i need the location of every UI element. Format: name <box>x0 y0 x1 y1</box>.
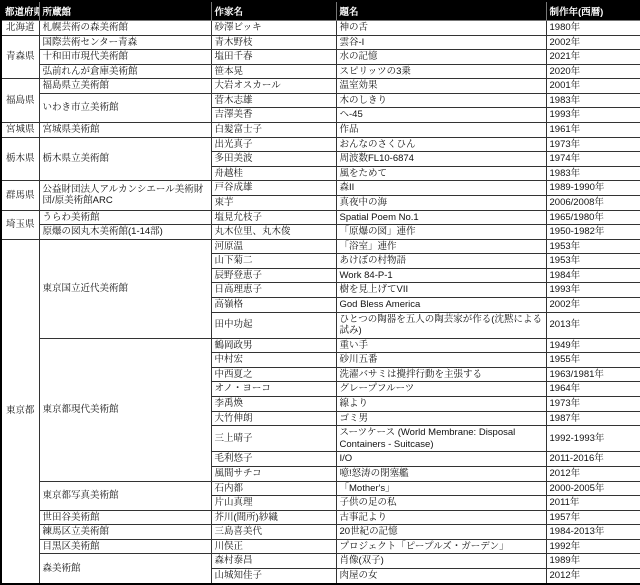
artist-cell: 中西夏之 <box>211 367 336 382</box>
museum-cell: 国際芸術センター青森 <box>39 35 211 50</box>
artist-cell: 鶴岡政男 <box>211 338 336 353</box>
artist-cell: 風間サチコ <box>211 466 336 481</box>
title-cell: 「原爆の図」連作 <box>336 225 546 240</box>
year-cell: 1984年 <box>546 268 640 283</box>
table-row: いわき市立美術館菅木志雄木のしきり1983年 <box>1 93 640 108</box>
prefecture-cell: 埼玉県 <box>1 210 39 239</box>
table-row: 栃木県栃木県立美術館出光真子おんなのさくひん1973年 <box>1 137 640 152</box>
table-body: 北海道札幌芸術の森美術館砂澤ビッキ神の舌1980年青森県国際芸術センター青森青木… <box>1 21 640 584</box>
artist-cell: 芥川(間所)紗織 <box>211 510 336 525</box>
year-cell: 1980年 <box>546 21 640 36</box>
table-row: 目黒区美術館川俣正プロジェクト「ピープルズ・ガーデン」1992年 <box>1 539 640 554</box>
museum-cell: 世田谷美術館 <box>39 510 211 525</box>
year-cell: 1989-1990年 <box>546 181 640 196</box>
title-cell: Work 84-P-1 <box>336 268 546 283</box>
artist-cell: 三上晴子 <box>211 426 336 452</box>
year-cell: 1974年 <box>546 152 640 167</box>
artist-cell: 李禹煥 <box>211 397 336 412</box>
year-cell: 2000-2005年 <box>546 481 640 496</box>
header-row: 都道府県 所蔵館 作家名 題名 制作年(西暦) <box>1 1 640 21</box>
table-row: 東京都現代美術館鶴岡政男重い手1949年 <box>1 338 640 353</box>
title-cell: 古事記より <box>336 510 546 525</box>
artist-cell: 笹本晃 <box>211 64 336 79</box>
header-prefecture: 都道府県 <box>1 1 39 21</box>
title-cell: 周波数FL10-6874 <box>336 152 546 167</box>
title-cell: スピリッツの3乗 <box>336 64 546 79</box>
artist-cell: 砂澤ビッキ <box>211 21 336 36</box>
year-cell: 1989年 <box>546 554 640 569</box>
prefecture-cell: 東京都 <box>1 239 39 583</box>
artist-cell: 丸木位里、丸木俊 <box>211 225 336 240</box>
prefecture-cell: 栃木県 <box>1 137 39 181</box>
title-cell: 肉屋の女 <box>336 568 546 583</box>
museum-cell: 弘前れんが倉庫美術館 <box>39 64 211 79</box>
year-cell: 2002年 <box>546 35 640 50</box>
year-cell: 1973年 <box>546 397 640 412</box>
title-cell: おんなのさくひん <box>336 137 546 152</box>
artist-cell: 三島喜美代 <box>211 525 336 540</box>
title-cell: ひとつの陶器を五人の陶芸家が作る(沈黙による試み) <box>336 312 546 338</box>
year-cell: 1950-1982年 <box>546 225 640 240</box>
title-cell: 重い手 <box>336 338 546 353</box>
year-cell: 1992年 <box>546 539 640 554</box>
table-row: 原爆の図丸木美術館(1-14部)丸木位里、丸木俊「原爆の図」連作1950-198… <box>1 225 640 240</box>
year-cell: 2011-2016年 <box>546 452 640 467</box>
table-row: 練馬区立美術館三島喜美代20世紀の記憶1984-2013年 <box>1 525 640 540</box>
museum-cell: 森美術館 <box>39 554 211 584</box>
title-cell: 「浴室」連作 <box>336 239 546 254</box>
museum-cell: 十和田市現代美術館 <box>39 50 211 65</box>
year-cell: 1992-1993年 <box>546 426 640 452</box>
museum-cell: いわき市立美術館 <box>39 93 211 122</box>
table-row: 宮城県宮城県美術館白髪富士子作品1961年 <box>1 123 640 138</box>
title-cell: 洗濯バサミは攪拌行動を主張する <box>336 367 546 382</box>
museum-cell: 栃木県立美術館 <box>39 137 211 181</box>
artist-cell: 塩見允枝子 <box>211 210 336 225</box>
title-cell: ゴミ男 <box>336 411 546 426</box>
artist-cell: 片山真理 <box>211 496 336 511</box>
year-cell: 1955年 <box>546 353 640 368</box>
year-cell: 2012年 <box>546 466 640 481</box>
title-cell: 20世紀の記憶 <box>336 525 546 540</box>
museum-cell: 東京都写真美術館 <box>39 481 211 510</box>
museum-cell: 東京国立近代美術館 <box>39 239 211 338</box>
artist-cell: 日高理恵子 <box>211 283 336 298</box>
title-cell: I/O <box>336 452 546 467</box>
artist-cell: 菅木志雄 <box>211 93 336 108</box>
title-cell: 風をためて <box>336 166 546 181</box>
title-cell: 噫!怒涛の閉塞艦 <box>336 466 546 481</box>
artist-cell: 塩田千春 <box>211 50 336 65</box>
year-cell: 2001年 <box>546 79 640 94</box>
year-cell: 2012年 <box>546 568 640 583</box>
year-cell: 1983年 <box>546 166 640 181</box>
title-cell: 水の記憶 <box>336 50 546 65</box>
prefecture-cell: 青森県 <box>1 35 39 79</box>
header-title: 題名 <box>336 1 546 21</box>
prefecture-cell: 福島県 <box>1 79 39 123</box>
title-cell: スーツケース (World Membrane: Disposal Contain… <box>336 426 546 452</box>
artist-cell: 辰野登恵子 <box>211 268 336 283</box>
title-cell: 神の舌 <box>336 21 546 36</box>
year-cell: 1973年 <box>546 137 640 152</box>
year-cell: 1984-2013年 <box>546 525 640 540</box>
prefecture-cell: 北海道 <box>1 21 39 36</box>
year-cell: 1953年 <box>546 254 640 269</box>
artist-cell: 束芋 <box>211 195 336 210</box>
header-year: 制作年(西暦) <box>546 1 640 21</box>
title-cell: 樹を見上げてVII <box>336 283 546 298</box>
year-cell: 2006/2008年 <box>546 195 640 210</box>
museum-cell: 札幌芸術の森美術館 <box>39 21 211 36</box>
artist-cell: 中村宏 <box>211 353 336 368</box>
year-cell: 1963/1981年 <box>546 367 640 382</box>
title-cell: 森II <box>336 181 546 196</box>
artist-cell: 山城知佳子 <box>211 568 336 583</box>
artist-cell: 川俣正 <box>211 539 336 554</box>
title-cell: ヘ-45 <box>336 108 546 123</box>
title-cell: 「Mother's」 <box>336 481 546 496</box>
museum-cell: 練馬区立美術館 <box>39 525 211 540</box>
artist-cell: 出光真子 <box>211 137 336 152</box>
table-row: 東京都東京国立近代美術館河原温「浴室」連作1953年 <box>1 239 640 254</box>
year-cell: 2002年 <box>546 297 640 312</box>
prefecture-cell: 群馬県 <box>1 181 39 210</box>
title-cell: 真夜中の海 <box>336 195 546 210</box>
title-cell: 線より <box>336 397 546 412</box>
year-cell: 2021年 <box>546 50 640 65</box>
title-cell: プロジェクト「ピープルズ・ガーデン」 <box>336 539 546 554</box>
artist-cell: 大竹伸朗 <box>211 411 336 426</box>
artwork-table: 都道府県 所蔵館 作家名 題名 制作年(西暦) 北海道札幌芸術の森美術館砂澤ビッ… <box>0 0 640 585</box>
artist-cell: 吉澤美香 <box>211 108 336 123</box>
museum-cell: 福島県立美術館 <box>39 79 211 94</box>
museum-cell: 目黒区美術館 <box>39 539 211 554</box>
year-cell: 2011年 <box>546 496 640 511</box>
museum-cell: 公益財団法人アルカンシエール美術財団/原美術館ARC <box>39 181 211 210</box>
table-row: 世田谷美術館芥川(間所)紗織古事記より1957年 <box>1 510 640 525</box>
table-row: 十和田市現代美術館塩田千春水の記憶2021年 <box>1 50 640 65</box>
table-row: 福島県福島県立美術館大岩オスカール温室効果2001年 <box>1 79 640 94</box>
artwork-table-sheet: 都道府県 所蔵館 作家名 題名 制作年(西暦) 北海道札幌芸術の森美術館砂澤ビッ… <box>0 0 640 585</box>
artist-cell: 河原温 <box>211 239 336 254</box>
table-row: 北海道札幌芸術の森美術館砂澤ビッキ神の舌1980年 <box>1 21 640 36</box>
header-artist: 作家名 <box>211 1 336 21</box>
year-cell: 1993年 <box>546 108 640 123</box>
year-cell: 1957年 <box>546 510 640 525</box>
artist-cell: 大岩オスカール <box>211 79 336 94</box>
table-row: 森美術館森村泰昌肖像(双子)1989年 <box>1 554 640 569</box>
artist-cell: 森村泰昌 <box>211 554 336 569</box>
year-cell: 1953年 <box>546 239 640 254</box>
table-row: 埼玉県うらわ美術館塩見允枝子Spatial Poem No.11965/1980… <box>1 210 640 225</box>
title-cell: God Bless America <box>336 297 546 312</box>
artist-cell: 高嶺格 <box>211 297 336 312</box>
table-header: 都道府県 所蔵館 作家名 題名 制作年(西暦) <box>1 1 640 21</box>
artist-cell: 青木野枝 <box>211 35 336 50</box>
year-cell: 1964年 <box>546 382 640 397</box>
artist-cell: 石内都 <box>211 481 336 496</box>
museum-cell: 宮城県美術館 <box>39 123 211 138</box>
title-cell: 子供の足の私 <box>336 496 546 511</box>
year-cell: 1983年 <box>546 93 640 108</box>
title-cell: 雲谷-I <box>336 35 546 50</box>
artist-cell: オノ・ヨーコ <box>211 382 336 397</box>
header-museum: 所蔵館 <box>39 1 211 21</box>
prefecture-cell: 宮城県 <box>1 123 39 138</box>
museum-cell: 原爆の図丸木美術館(1-14部) <box>39 225 211 240</box>
artist-cell: 多田美波 <box>211 152 336 167</box>
artist-cell: 白髪富士子 <box>211 123 336 138</box>
title-cell: 砂川五番 <box>336 353 546 368</box>
year-cell: 1993年 <box>546 283 640 298</box>
year-cell: 1987年 <box>546 411 640 426</box>
title-cell: 作品 <box>336 123 546 138</box>
museum-cell: うらわ美術館 <box>39 210 211 225</box>
title-cell: 肖像(双子) <box>336 554 546 569</box>
title-cell: あけぼの村物語 <box>336 254 546 269</box>
table-row: 東京都写真美術館石内都「Mother's」2000-2005年 <box>1 481 640 496</box>
table-row: 群馬県公益財団法人アルカンシエール美術財団/原美術館ARC戸谷成雄森II1989… <box>1 181 640 196</box>
title-cell: 木のしきり <box>336 93 546 108</box>
title-cell: グレープフルーツ <box>336 382 546 397</box>
table-row: 青森県国際芸術センター青森青木野枝雲谷-I2002年 <box>1 35 640 50</box>
title-cell: 温室効果 <box>336 79 546 94</box>
artist-cell: 山下菊二 <box>211 254 336 269</box>
year-cell: 1965/1980年 <box>546 210 640 225</box>
artist-cell: 田中功起 <box>211 312 336 338</box>
year-cell: 2020年 <box>546 64 640 79</box>
year-cell: 1949年 <box>546 338 640 353</box>
title-cell: Spatial Poem No.1 <box>336 210 546 225</box>
museum-cell: 東京都現代美術館 <box>39 338 211 481</box>
year-cell: 2013年 <box>546 312 640 338</box>
artist-cell: 舟越桂 <box>211 166 336 181</box>
year-cell: 1961年 <box>546 123 640 138</box>
artist-cell: 戸谷成雄 <box>211 181 336 196</box>
artist-cell: 毛利悠子 <box>211 452 336 467</box>
table-row: 弘前れんが倉庫美術館笹本晃スピリッツの3乗2020年 <box>1 64 640 79</box>
